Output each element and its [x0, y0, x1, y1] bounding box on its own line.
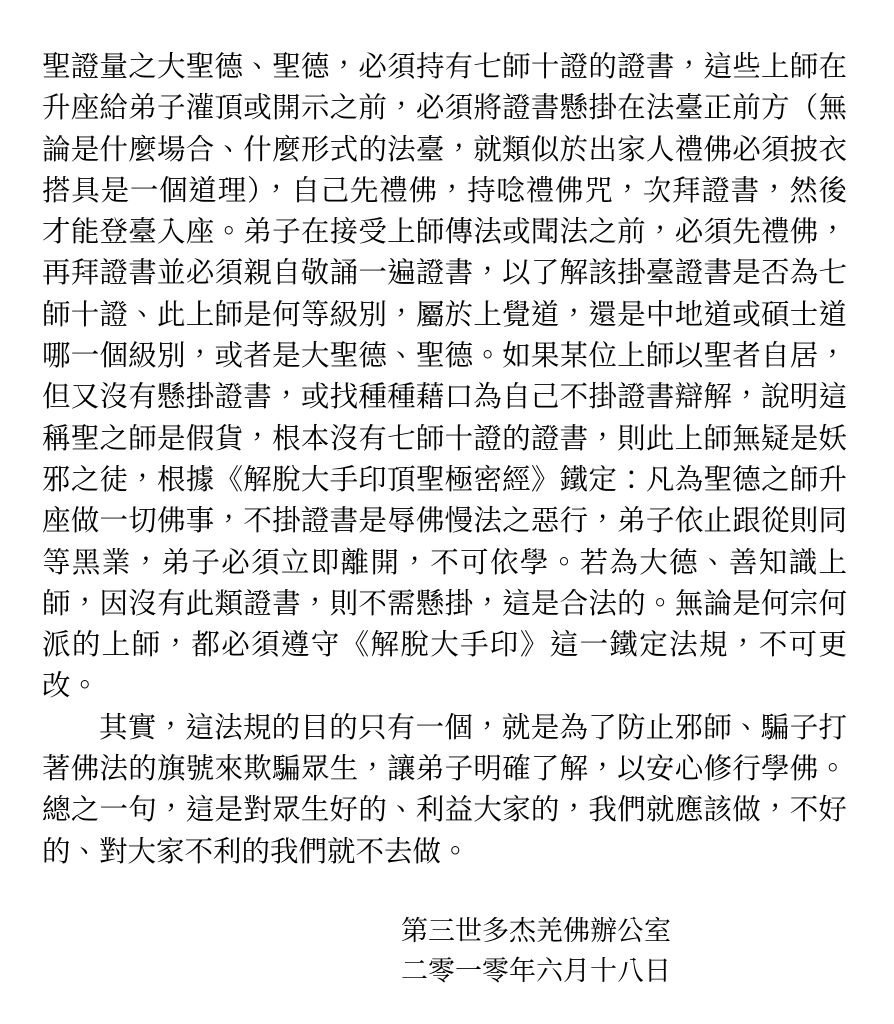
- text-line: 哪一個級別，或者是大聖德、聖德。如果某位上師以聖者自居，: [42, 336, 847, 377]
- text-line: 改。: [42, 666, 847, 707]
- text-line: 師十證、此上師是何等級別，屬於上覺道，還是中地道或碩士道: [42, 295, 847, 336]
- text-line: 聖證量之大聖德、聖德，必須持有七師十證的證書，這些上師在: [42, 47, 847, 88]
- text-line: 的、對大家不利的我們就不去做。: [42, 832, 847, 873]
- text-line: 邪之徒，根據《解脫大手印頂聖極密經》鐵定：凡為聖德之師升: [42, 460, 847, 501]
- text-line: 座做一切佛事，不掛證書是辱佛慢法之惡行，弟子依止跟從則同: [42, 501, 847, 542]
- text-line: 升座給弟子灌頂或開示之前，必須將證書懸掛在法臺正前方（無: [42, 88, 847, 129]
- paragraph-2: 其實，這法規的目的只有一個，就是為了防止邪師、騙子打 著佛法的旗號來欺騙眾生，讓…: [42, 708, 847, 873]
- text-line: 但又沒有懸掛證書，或找種種藉口為自己不掛證書辯解，說明這: [42, 377, 847, 418]
- text-line: 論是什麼場合、什麼形式的法臺，就類似於出家人禮佛必須披衣: [42, 130, 847, 171]
- text-line: 著佛法的旗號來欺騙眾生，讓弟子明確了解，以安心修行學佛。: [42, 749, 847, 790]
- paragraph-1: 聖證量之大聖德、聖德，必須持有七師十證的證書，這些上師在 升座給弟子灌頂或開示之…: [42, 47, 847, 708]
- document-body: 聖證量之大聖德、聖德，必須持有七師十證的證書，這些上師在 升座給弟子灌頂或開示之…: [42, 47, 847, 873]
- text-line: 等黑業，弟子必須立即離開，不可依學。若為大德、善知識上: [42, 543, 847, 584]
- text-line: 搭具是一個道理），自己先禮佛，持唸禮佛咒，次拜證書，然後: [42, 171, 847, 212]
- text-line: 稱聖之師是假貨，根本沒有七師十證的證書，則此上師無疑是妖: [42, 419, 847, 460]
- signature-block: 第三世多杰羌佛辦公室 二零一零年六月十八日: [401, 911, 671, 991]
- text-line: 派的上師，都必須遵守《解脫大手印》這一鐵定法規，不可更: [42, 625, 847, 666]
- text-line: 總之一句，這是對眾生好的、利益大家的，我們就應該做，不好: [42, 790, 847, 831]
- text-line: 才能登臺入座。弟子在接受上師傳法或聞法之前，必須先禮佛，: [42, 212, 847, 253]
- text-line: 其實，這法規的目的只有一個，就是為了防止邪師、騙子打: [42, 708, 847, 749]
- text-line: 再拜證書並必須親自敬誦一遍證書，以了解該掛臺證書是否為七: [42, 253, 847, 294]
- signature-date: 二零一零年六月十八日: [401, 951, 671, 991]
- document-page: 聖證量之大聖德、聖德，必須持有七師十證的證書，這些上師在 升座給弟子灌頂或開示之…: [0, 0, 894, 1024]
- signature-office: 第三世多杰羌佛辦公室: [401, 911, 671, 951]
- text-line: 師，因沒有此類證書，則不需懸掛，這是合法的。無論是何宗何: [42, 584, 847, 625]
